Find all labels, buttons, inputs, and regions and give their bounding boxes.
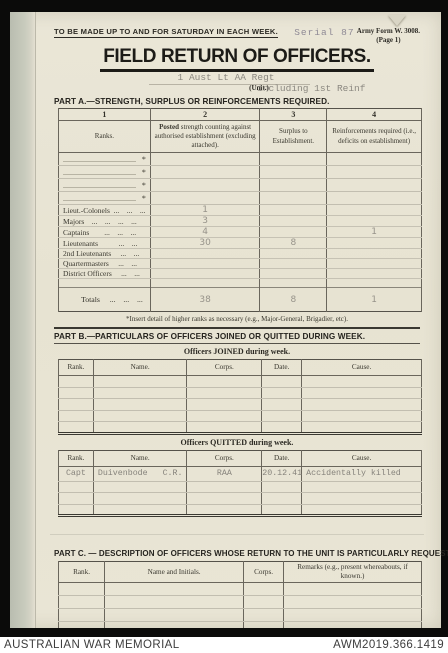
quitted-name: Duivenbode C.R. <box>93 466 187 481</box>
corps-column-header: Corps. <box>244 562 284 583</box>
rank-column-header: Rank. <box>59 562 105 583</box>
archive-accession-number: AWM2019.366.1419 <box>333 639 444 651</box>
table-row <box>59 410 422 422</box>
weekly-instruction-text: TO BE MADE UP TO AND FOR SATURDAY IN EAC… <box>54 27 278 38</box>
table-row: Lieut.-Colonels ... ... ... 1 <box>59 205 422 216</box>
rank-label: District Officers ... ... <box>59 269 151 279</box>
part-a-table: 1 2 3 4 Ranks. Posted strength counting … <box>58 108 422 312</box>
form-number: Army Form W. 3008.(Page 1) <box>357 27 420 45</box>
form-title: FIELD RETURN OF OFFICERS. <box>100 46 374 72</box>
table-row <box>59 376 422 388</box>
quitted-officer-row: Capt Duivenbode C.R. RAA 20.12.41 Accide… <box>59 466 422 481</box>
remarks-column-header: Remarks (e.g., present whereabouts, if k… <box>284 562 422 583</box>
blank-fill-line <box>63 200 136 201</box>
table-row: * <box>59 153 422 166</box>
table-row <box>59 504 422 516</box>
rank-label: Lieutenants ... ... <box>59 238 151 249</box>
name-column-header: Name. <box>93 450 187 466</box>
officers-quitted-table: Rank. Name. Corps. Date. Cause. Capt Dui… <box>58 450 422 518</box>
officers-joined-title: Officers JOINED during week. <box>54 347 420 358</box>
table-row <box>59 493 422 505</box>
corps-column-header: Corps. <box>187 450 262 466</box>
reinforcements-value <box>327 216 422 227</box>
surplus-value <box>260 216 327 227</box>
posted-value: 1 <box>150 205 260 216</box>
cause-column-header: Cause. <box>302 360 422 376</box>
scan-viewer: TO BE MADE UP TO AND FOR SATURDAY IN EAC… <box>0 0 448 653</box>
table-row <box>59 422 422 434</box>
asterisk-mark: * <box>142 155 146 164</box>
table-row: Majors ... ... ... ... 3 <box>59 216 422 227</box>
quitted-rank: Capt <box>59 466 94 481</box>
scan-background-gap <box>0 628 448 637</box>
table-row: 2nd Lieutenants ... ... <box>59 249 422 259</box>
rank-label: Quartermasters ... ... <box>59 259 151 269</box>
asterisk-mark: * <box>142 181 146 190</box>
table-row: * <box>59 192 422 205</box>
totals-label: Totals ... ... ... <box>59 288 151 312</box>
asterisk-mark: * <box>142 168 146 177</box>
reinforcements-value <box>327 238 422 249</box>
col-number-2: 2 <box>150 109 260 121</box>
table-row <box>59 399 422 411</box>
totals-reinforcements-value: 1 <box>327 288 422 312</box>
part-a-heading: PART A.—STRENGTH, SURPLUS OR REINFORCEME… <box>54 97 420 106</box>
blank-fill-line <box>63 187 136 188</box>
rank-label: 2nd Lieutenants ... ... <box>59 249 151 259</box>
date-column-header: Date. <box>262 360 302 376</box>
page-binding-edge <box>10 12 36 628</box>
table-row <box>59 387 422 399</box>
form-number-line1: Army Form W. 3008. <box>357 27 420 35</box>
cause-column-header: Cause. <box>302 450 422 466</box>
officers-quitted-title: Officers QUITTED during week. <box>54 438 420 449</box>
section-divider <box>54 327 420 329</box>
posted-value <box>150 269 260 279</box>
posted-value <box>150 249 260 259</box>
unit-entry-block: 1 Aust Lt AA Regt (Unit.) including 1st … <box>54 72 420 97</box>
rank-label: Majors ... ... ... ... <box>59 216 151 227</box>
table-row <box>59 279 422 288</box>
col-number-3: 3 <box>260 109 327 121</box>
unit-reinforcement-typed: including 1st Reinf <box>257 83 365 94</box>
rank-label: Lieut.-Colonels ... ... ... <box>59 205 151 216</box>
table-row <box>59 609 422 622</box>
totals-surplus-value: 8 <box>260 288 327 312</box>
quitted-cause: Accidentally killed <box>302 466 422 481</box>
section-divider <box>54 343 420 344</box>
totals-posted-value: 38 <box>150 288 260 312</box>
quitted-corps: RAA <box>187 466 262 481</box>
surplus-value <box>260 249 327 259</box>
rank-column-header: Rank. <box>59 450 94 466</box>
surplus-value <box>260 269 327 279</box>
posted-column-header: Posted strength counting against authori… <box>150 121 260 153</box>
part-a-footnote: *Insert detail of higher ranks as necess… <box>54 315 420 325</box>
blank-fill-line <box>63 161 136 162</box>
surplus-column-header: Surplus to Establishment. <box>260 121 327 153</box>
table-row: Lieutenants ... ... 30 8 <box>59 238 422 249</box>
part-b-heading: PART B.—PARTICULARS OF OFFICERS JOINED O… <box>54 332 420 341</box>
unit-name-typed: 1 Aust Lt AA Regt <box>178 72 275 83</box>
date-column-header: Date. <box>262 450 302 466</box>
totals-row: Totals ... ... ... 38 8 1 <box>59 288 422 312</box>
table-row: * <box>59 179 422 192</box>
form-number-line2: (Page 1) <box>376 36 400 44</box>
table-row: Captains ... ... ... 4 1 <box>59 227 422 238</box>
ranks-column-header: Ranks. <box>59 121 151 153</box>
table-row: Quartermasters ... ... <box>59 259 422 269</box>
table-row <box>59 481 422 493</box>
quitted-date: 20.12.41 <box>262 466 302 481</box>
table-row: * <box>59 166 422 179</box>
posted-value: 30 <box>150 238 260 249</box>
posted-value <box>150 259 260 269</box>
rank-column-header: Rank. <box>59 360 94 376</box>
form-document-page: TO BE MADE UP TO AND FOR SATURDAY IN EAC… <box>10 12 441 628</box>
reinforcements-value <box>327 269 422 279</box>
asterisk-mark: * <box>142 194 146 203</box>
reinforcements-value <box>327 259 422 269</box>
surplus-value <box>260 205 327 216</box>
form-header: TO BE MADE UP TO AND FOR SATURDAY IN EAC… <box>54 27 420 43</box>
posted-value: 4 <box>150 227 260 238</box>
table-row <box>59 596 422 609</box>
surplus-value <box>260 227 327 238</box>
posted-bold-word: Posted <box>159 123 179 131</box>
serial-stamp: Serial 87 <box>294 27 354 38</box>
officers-joined-table: Rank. Name. Corps. Date. Cause. <box>58 359 422 435</box>
name-column-header: Name. <box>93 360 187 376</box>
col-number-1: 1 <box>59 109 151 121</box>
posted-value: 3 <box>150 216 260 227</box>
part-c-heading: PART C. — DESCRIPTION OF OFFICERS WHOSE … <box>54 549 420 558</box>
table-row: District Officers ... ... <box>59 269 422 279</box>
reinforcements-column-header: Reinforcements required (i.e., deficits … <box>327 121 422 153</box>
part-c-table: Rank. Name and Initials. Corps. Remarks … <box>58 561 422 636</box>
surplus-value: 8 <box>260 238 327 249</box>
reinforcements-value <box>327 249 422 259</box>
reinforcements-value: 1 <box>327 227 422 238</box>
corps-column-header: Corps. <box>187 360 262 376</box>
archive-caption-bar: AUSTRALIAN WAR MEMORIAL AWM2019.366.1419 <box>0 637 448 653</box>
reinforcements-value <box>327 205 422 216</box>
rank-label: Captains ... ... ... <box>59 227 151 238</box>
blank-fill-line <box>63 174 136 175</box>
archive-institution-label: AUSTRALIAN WAR MEMORIAL <box>4 639 180 651</box>
table-row <box>59 583 422 596</box>
col-number-4: 4 <box>327 109 422 121</box>
name-initials-column-header: Name and Initials. <box>105 562 244 583</box>
surplus-value <box>260 259 327 269</box>
